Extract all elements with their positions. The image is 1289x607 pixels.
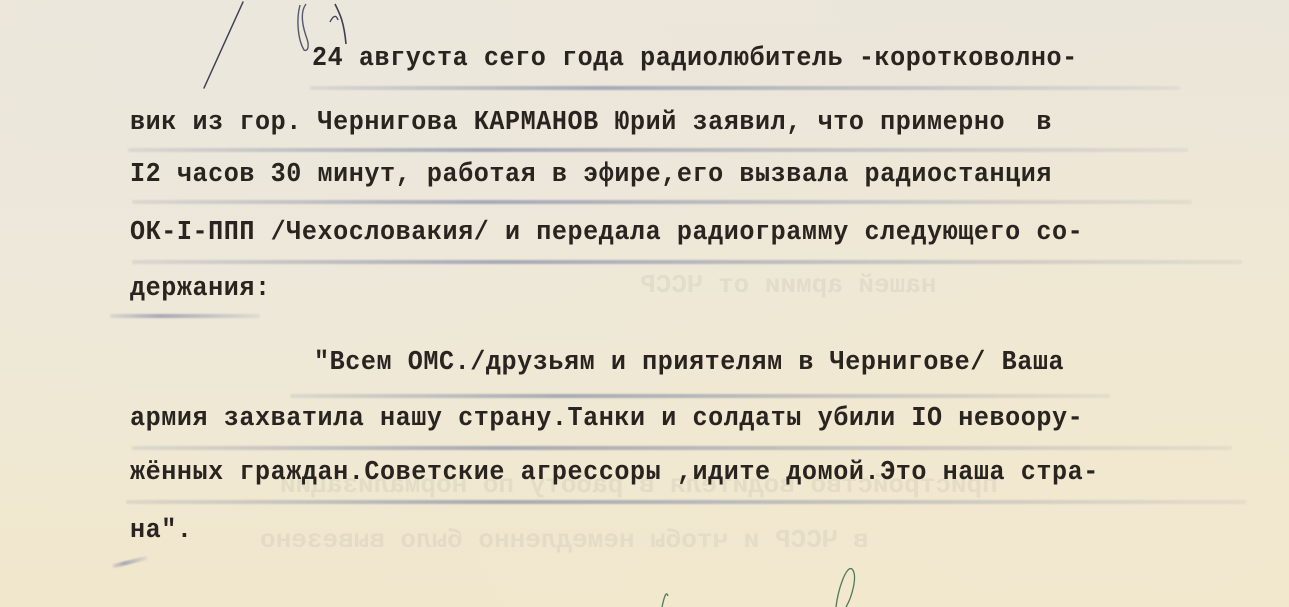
document-line-4: ОК-I-ППП /Чехословакия/ и передала радио… [130,218,1083,248]
pen-tick-icon [330,16,338,22]
quote-line-2: армия захватила нашу страну.Танки и солд… [130,404,1083,434]
document-line-5: держания: [130,274,271,304]
green-signature-icon [836,569,854,607]
bleed-through-text: нашей армии от ЧССР [640,270,936,300]
line-underline [310,86,1180,90]
quote-line-3: жённых граждан.Советские агрессоры ,идит… [130,458,1099,488]
line-underline [290,394,1110,398]
line-underline [126,500,1246,504]
document-line-1: 24 августа сего года радиолюбитель -коро… [312,44,1078,74]
document-line-3: I2 часов 30 минут, работая в эфире,его в… [130,160,1052,190]
document-line-2: вик из гор. Чернигова КАРМАНОВ Юрий заяв… [130,108,1052,138]
line-underline [132,446,1232,450]
line-underline [132,200,1192,204]
line-underline [110,314,260,318]
quote-line-4: на". [130,516,193,546]
bleed-through-text: в ЧССР и чтобы немедленно было вывезено [260,525,869,555]
scanned-document-page: пристройство водителя в работу по нормал… [0,0,1289,607]
line-underline [112,556,148,569]
green-signature-icon [662,594,668,607]
line-underline [132,260,1242,264]
line-underline [128,148,1188,152]
quote-line-1: "Всем ОМС./друзьям и приятелям в Черниго… [314,348,1064,378]
pen-stroke-icon [204,2,243,88]
pen-signature-icon [298,4,308,50]
pen-tick-icon [335,4,346,44]
